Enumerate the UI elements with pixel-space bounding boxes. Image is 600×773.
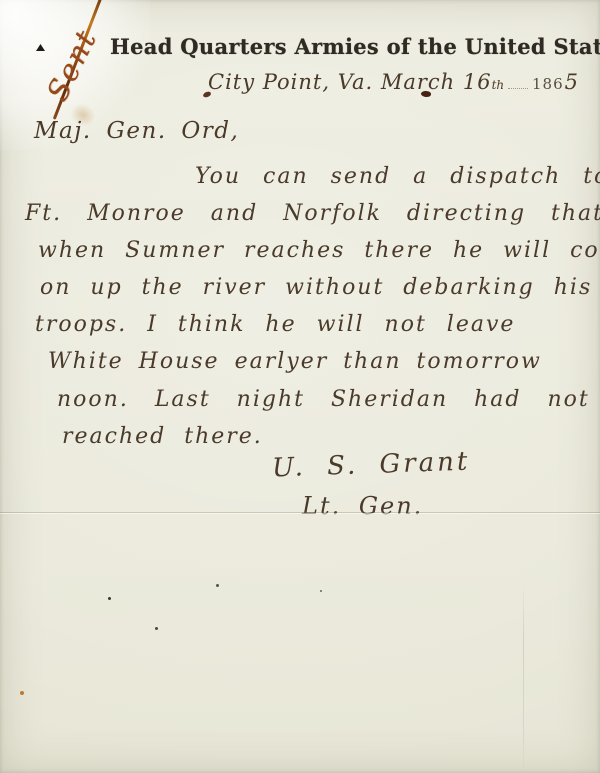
body-line: Ft. Monroe and Norfolk directing that: [25, 197, 600, 231]
letter-page: Head Quarters Armies of the United State…: [0, 0, 600, 773]
ink-speck: [36, 44, 45, 51]
sent-annotation: Sent: [40, 24, 104, 107]
body-line: troops. I think he will not leave: [35, 308, 515, 342]
paper-speck: [108, 597, 111, 600]
body-line: noon. Last night Sheridan had not: [57, 383, 590, 417]
handwritten-year-digit: 5: [565, 70, 578, 94]
ink-blot: [202, 91, 211, 98]
vertical-crease: [523, 580, 524, 773]
body-line: reached there.: [62, 420, 263, 454]
printed-year-prefix: 186: [532, 75, 564, 93]
fold-crease: [0, 512, 600, 515]
body-line: when Sumner reaches there he will come: [38, 234, 600, 268]
paper-speck: [216, 584, 219, 587]
paper-speck: [155, 627, 158, 630]
body-line: on up the river without debarking his: [40, 271, 592, 305]
signature-title: Lt. Gen.: [302, 492, 423, 520]
dateline-ordinal-suffix: th: [492, 78, 505, 92]
body-line: You can send a dispatch to: [195, 160, 600, 194]
salutation: Maj. Gen. Ord,: [34, 118, 239, 144]
signature: U. S. Grant: [272, 447, 471, 484]
dateline: City Point, Va. March 16th 186 5: [208, 70, 578, 94]
printed-dotted-rule: [508, 71, 528, 89]
letterhead-title: Head Quarters Armies of the United State…: [110, 34, 570, 59]
body-line: White House earlyer than tomorrow: [48, 345, 542, 379]
paper-speck: [320, 590, 322, 592]
paper-speck: [20, 691, 24, 695]
dateline-place-date: City Point, Va. March 16: [208, 70, 492, 94]
ink-blot: [421, 90, 432, 98]
